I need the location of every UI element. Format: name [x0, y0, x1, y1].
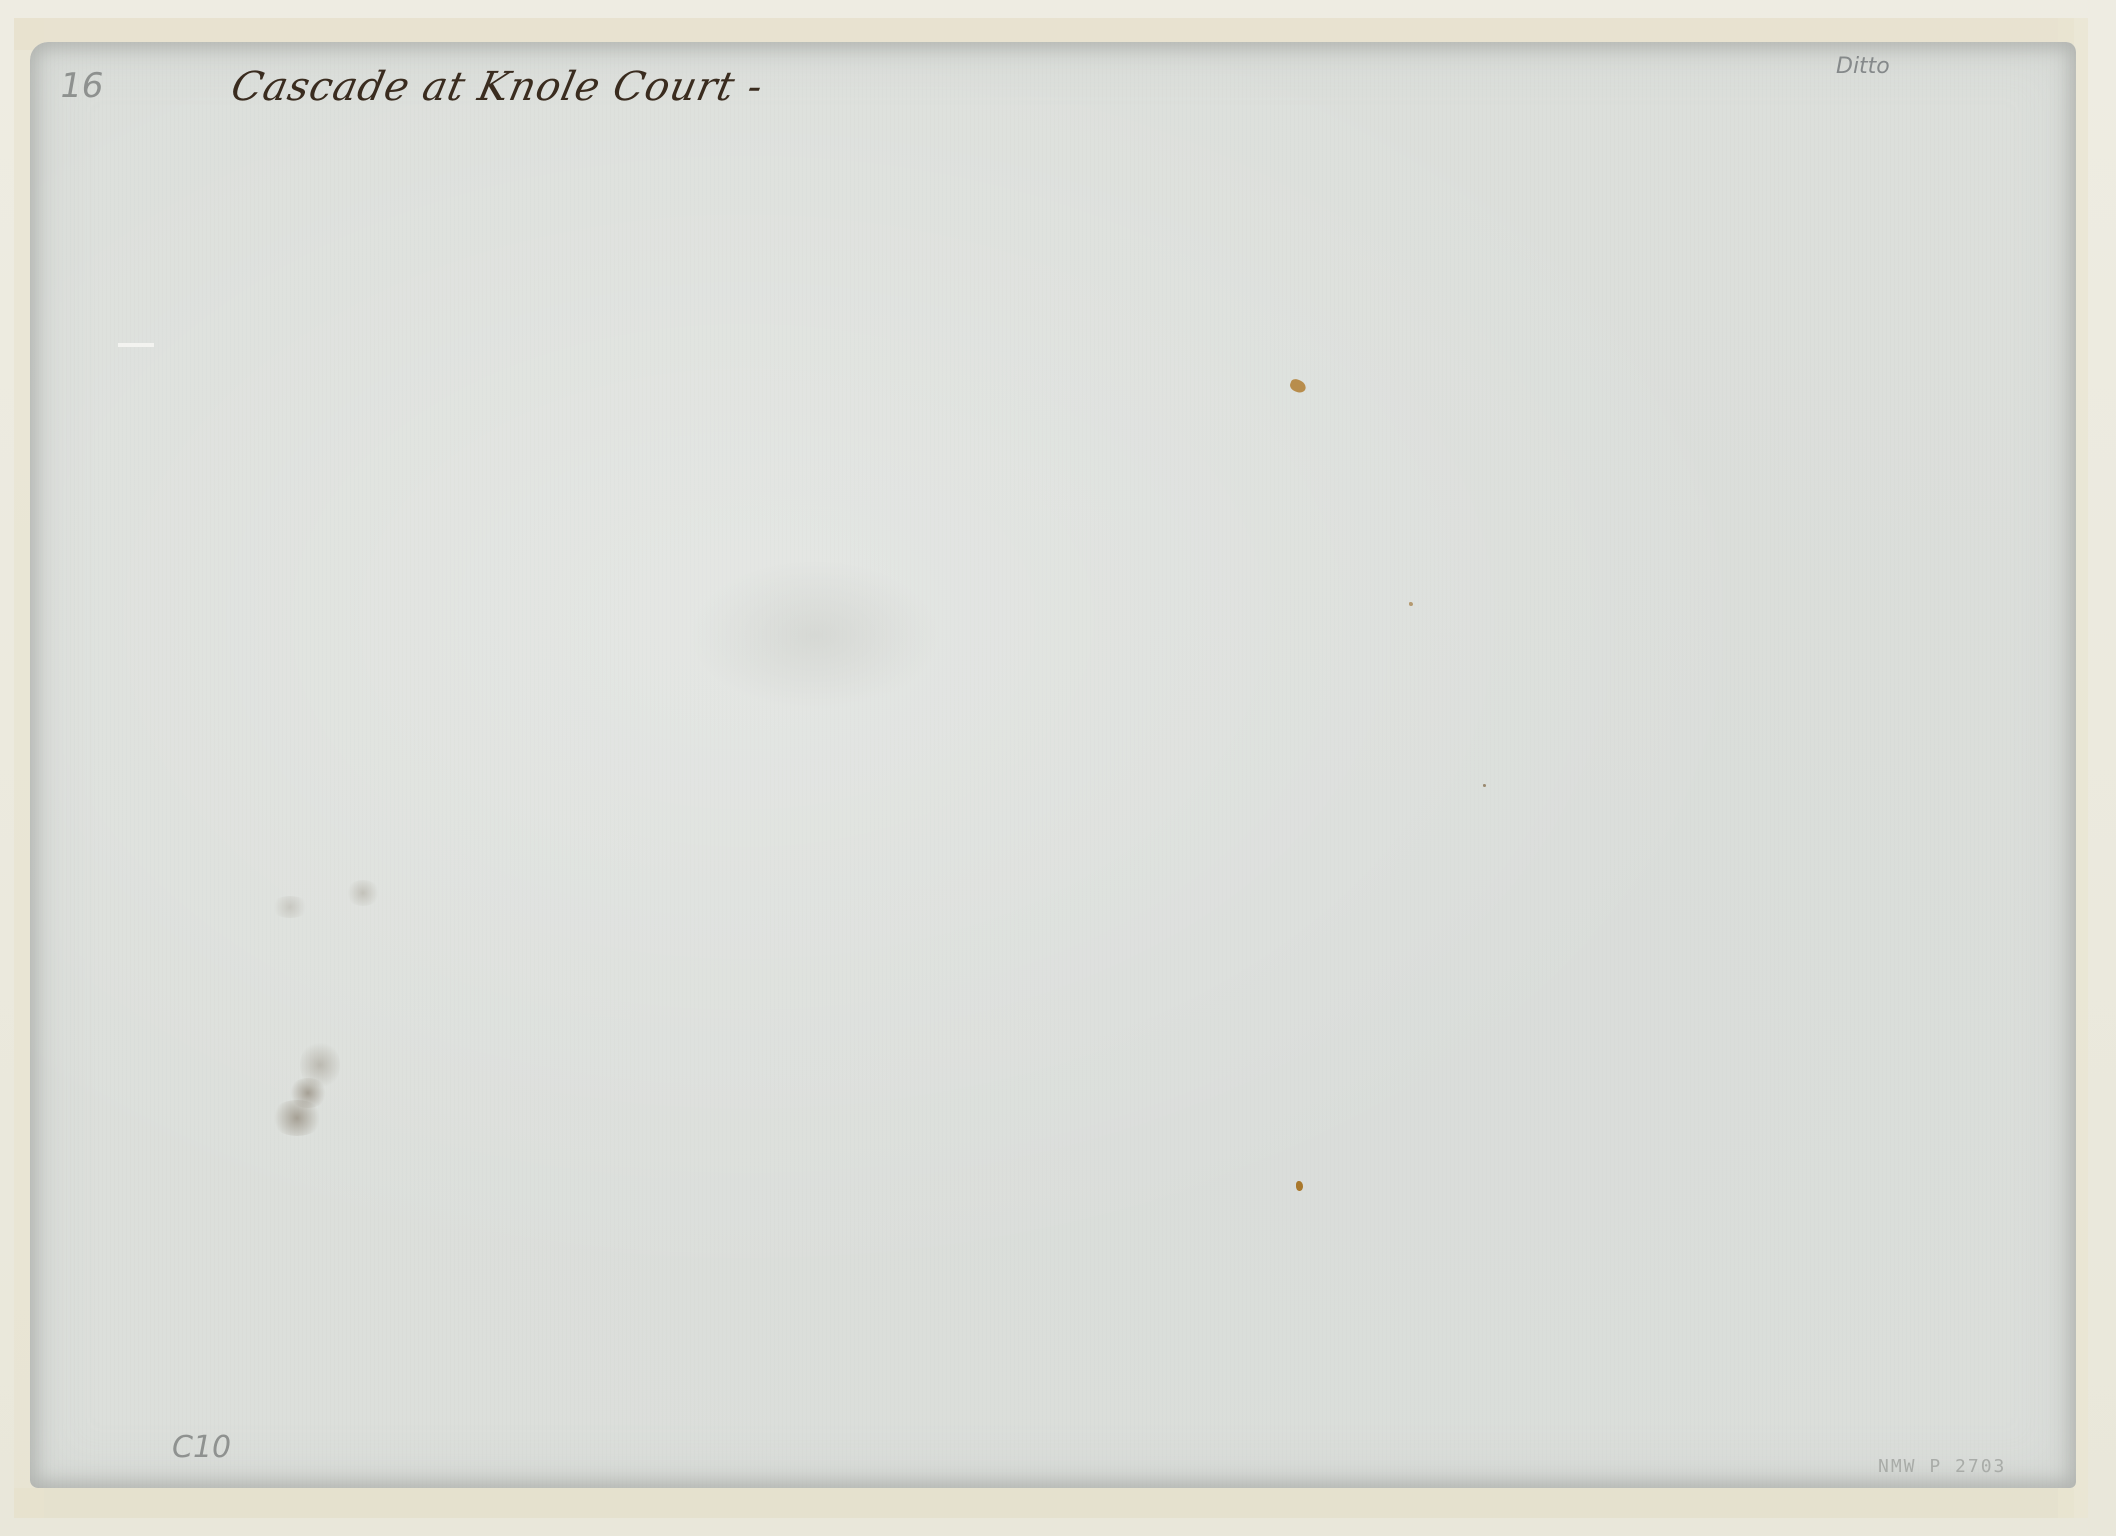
catalogue-code: C10: [172, 1430, 231, 1465]
foxing-spot: [1409, 602, 1413, 606]
title-inscription: Cascade at Knole Court -: [227, 64, 767, 110]
accession-stamp: NMW P 2703: [1878, 1456, 2006, 1477]
hinge-tape-bottom: [14, 1488, 2074, 1518]
foxing-spot: [1483, 784, 1486, 787]
stain: [300, 1040, 340, 1090]
show-through-mark: [690, 560, 940, 710]
mount-board: Cascade at Knole Court - 16 Ditto C10 NM…: [0, 0, 2116, 1536]
ditto-note: Ditto: [1836, 54, 1890, 79]
stain: [270, 896, 310, 918]
stain: [345, 880, 381, 906]
foxing-spot: [1296, 1181, 1303, 1191]
paper-sheet: [30, 42, 2076, 1488]
sheet-number: 16: [56, 66, 106, 106]
edge-smudge: [118, 343, 154, 347]
